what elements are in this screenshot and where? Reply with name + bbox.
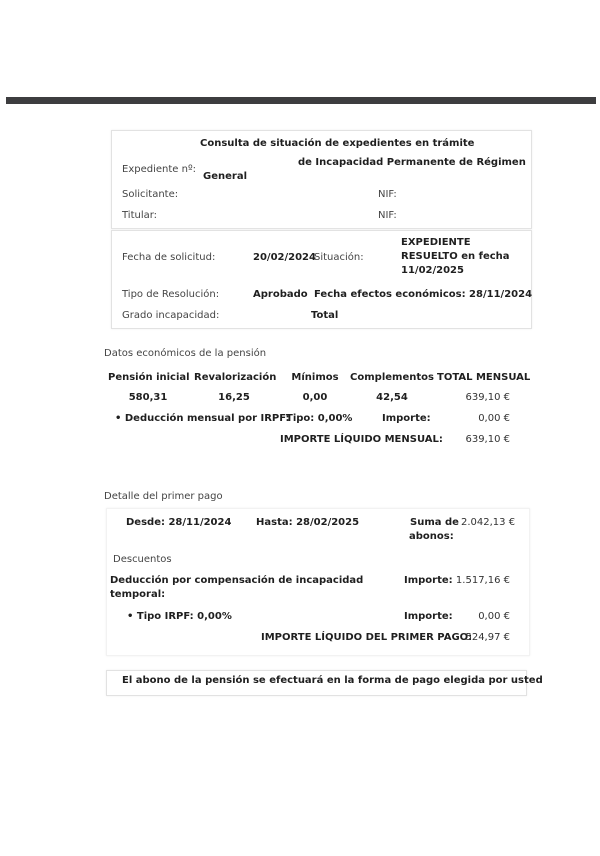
grado-label: Grado incapacidad: — [122, 310, 219, 321]
val-complementos: 42,54 — [350, 392, 434, 403]
fecha-efectos: Fecha efectos económicos: 28/11/2024 — [314, 289, 532, 300]
liquido-primer-pago-value: 524,97 € — [440, 632, 510, 643]
liquido-mensual-value: 639,10 € — [440, 434, 510, 445]
page-title: Consulta de situación de expedientes en … — [200, 138, 474, 149]
suma-label-1: Suma de — [410, 517, 459, 528]
suma-label-2: abonos: — [409, 531, 454, 542]
primer-pago-title: Detalle del primer pago — [104, 491, 223, 502]
irpf-mensual-importe: 0,00 € — [440, 413, 510, 424]
col-complementos: Complementos — [350, 372, 434, 383]
datos-economicos-title: Datos económicos de la pensión — [104, 348, 266, 359]
irpf-mensual-importe-label: Importe: — [382, 413, 431, 424]
val-revalorizacion: 16,25 — [194, 392, 274, 403]
situacion-line1: EXPEDIENTE — [401, 237, 471, 248]
situacion-line3: 11/02/2025 — [401, 265, 464, 276]
descuentos-title: Descuentos — [113, 554, 172, 565]
col-revalorizacion: Revalorización — [194, 372, 274, 383]
suma-value: 2.042,13 € — [461, 517, 515, 528]
deduccion-line1: Deducción por compensación de incapacida… — [110, 575, 363, 586]
tipo-resolucion-label: Tipo de Resolución: — [122, 289, 219, 300]
expediente-label: Expediente nº: — [122, 164, 196, 175]
tipo-resolucion-value: Aprobado — [253, 289, 308, 300]
val-pension-inicial: 580,31 — [108, 392, 188, 403]
footer-note: El abono de la pensión se efectuará en l… — [122, 675, 543, 686]
hasta-value: Hasta: 28/02/2025 — [256, 517, 359, 528]
deduccion-line2: temporal: — [110, 589, 165, 600]
fecha-solicitud-label: Fecha de solicitud: — [122, 252, 215, 263]
val-total-mensual: 639,10 € — [440, 392, 510, 403]
solicitante-label: Solicitante: — [122, 189, 178, 200]
desde-value: Desde: 28/11/2024 — [126, 517, 231, 528]
deduccion-importe: 1.517,16 € — [440, 575, 510, 586]
val-minimos: 0,00 — [285, 392, 345, 403]
liquido-mensual-label: IMPORTE LÍQUIDO MENSUAL: — [280, 434, 443, 445]
col-pension-inicial: Pensión inicial — [108, 372, 188, 383]
irpf-mensual-tipo: Tipo: 0,00% — [286, 413, 352, 424]
titular-nif-label: NIF: — [378, 210, 397, 221]
col-minimos: Mínimos — [285, 372, 345, 383]
situacion-line2: RESUELTO en fecha — [401, 251, 510, 262]
expediente-tipo-line2: General — [203, 171, 247, 182]
tipo-irpf: • Tipo IRPF: 0,00% — [127, 611, 232, 622]
situacion-label: Situación: — [314, 252, 364, 263]
expediente-tipo-line1: de Incapacidad Permanente de Régimen — [298, 157, 526, 168]
grado-value: Total — [311, 310, 338, 321]
fecha-solicitud-value: 20/02/2024 — [253, 252, 316, 263]
solicitante-nif-label: NIF: — [378, 189, 397, 200]
irpf-mensual-label: • Deducción mensual por IRPF: — [115, 413, 290, 424]
col-total-mensual: TOTAL MENSUAL — [437, 372, 530, 383]
titular-label: Titular: — [122, 210, 157, 221]
top-bar — [6, 97, 596, 104]
irpf-importe: 0,00 € — [440, 611, 510, 622]
